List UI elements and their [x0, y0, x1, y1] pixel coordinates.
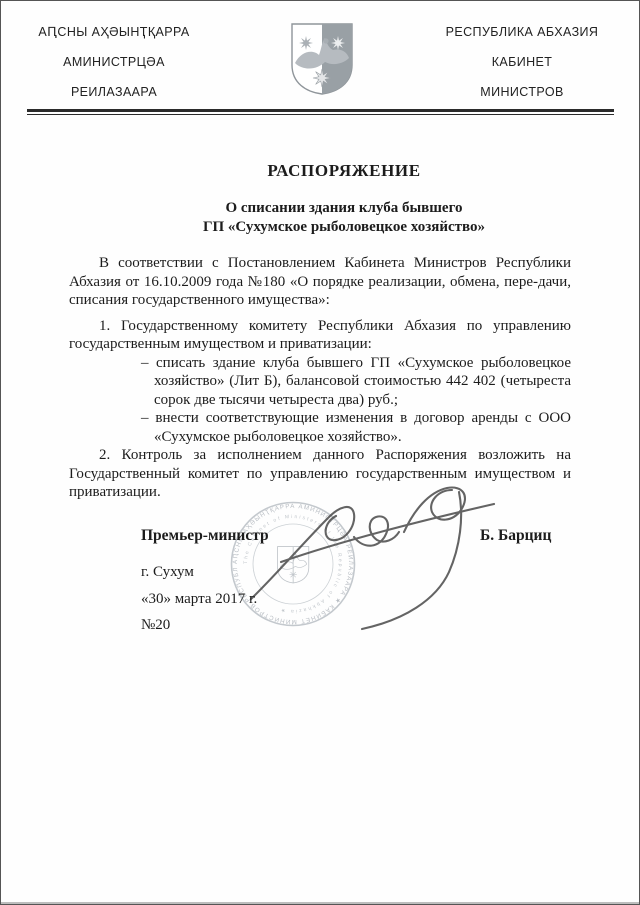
paragraph-preamble: В соответствии с Постановлением Кабинета… [69, 254, 571, 310]
header-divider [27, 109, 614, 115]
coat-of-arms-icon [289, 21, 355, 97]
heading-block: РАСПОРЯЖЕНИЕ О списании здания клуба быв… [94, 161, 594, 237]
document-title: РАСПОРЯЖЕНИЕ [94, 161, 594, 181]
letterhead-russian-line2: КАБИНЕТ [417, 47, 627, 77]
document-subtitle: О списании здания клуба бывшего ГП «Суху… [94, 199, 594, 237]
letterhead-abkhaz-line2: АМИНИСТРЦӘА [9, 47, 219, 77]
signatory-name: Б. Барциц [480, 527, 551, 545]
letterhead-abkhaz-line3: РЕИЛАЗААРА [9, 77, 219, 107]
subtitle-line2: ГП «Сухумское рыболовецкое хозяйство» [94, 218, 594, 237]
letterhead-russian-line1: РЕСПУБЛИКА АБХАЗИЯ [417, 17, 627, 47]
list-item-1-sub-1: – списать здание клуба бывшего ГП «Сухум… [154, 354, 571, 410]
letterhead-abkhaz-line1: АԤСНЫ АҲӘЫНҬҚАРРА [9, 17, 219, 47]
letterhead-abkhaz: АԤСНЫ АҲӘЫНҬҚАРРА АМИНИСТРЦӘА РЕИЛАЗААРА [9, 17, 219, 107]
document-page: АԤСНЫ АҲӘЫНҬҚАРРА АМИНИСТРЦӘА РЕИЛАЗААРА… [0, 0, 640, 905]
footer-date: «30» марта 2017 г. [141, 591, 257, 608]
letterhead-russian-line3: МИНИСТРОВ [417, 77, 627, 107]
footer-city: г. Сухум [141, 564, 194, 581]
list-item-1-sub-2: – внести соответствующие изменения в дог… [154, 409, 571, 446]
signatory-post: Премьер-министр [141, 527, 269, 545]
document-body: В соответствии с Постановлением Кабинета… [69, 254, 571, 502]
subtitle-line1: О списании здания клуба бывшего [94, 199, 594, 218]
handwritten-signature [244, 482, 496, 634]
list-item-1: 1. Государственному комитету Республики … [69, 317, 571, 354]
letterhead-russian: РЕСПУБЛИКА АБХАЗИЯ КАБИНЕТ МИНИСТРОВ [417, 17, 627, 107]
footer-document-number: №20 [141, 617, 170, 634]
